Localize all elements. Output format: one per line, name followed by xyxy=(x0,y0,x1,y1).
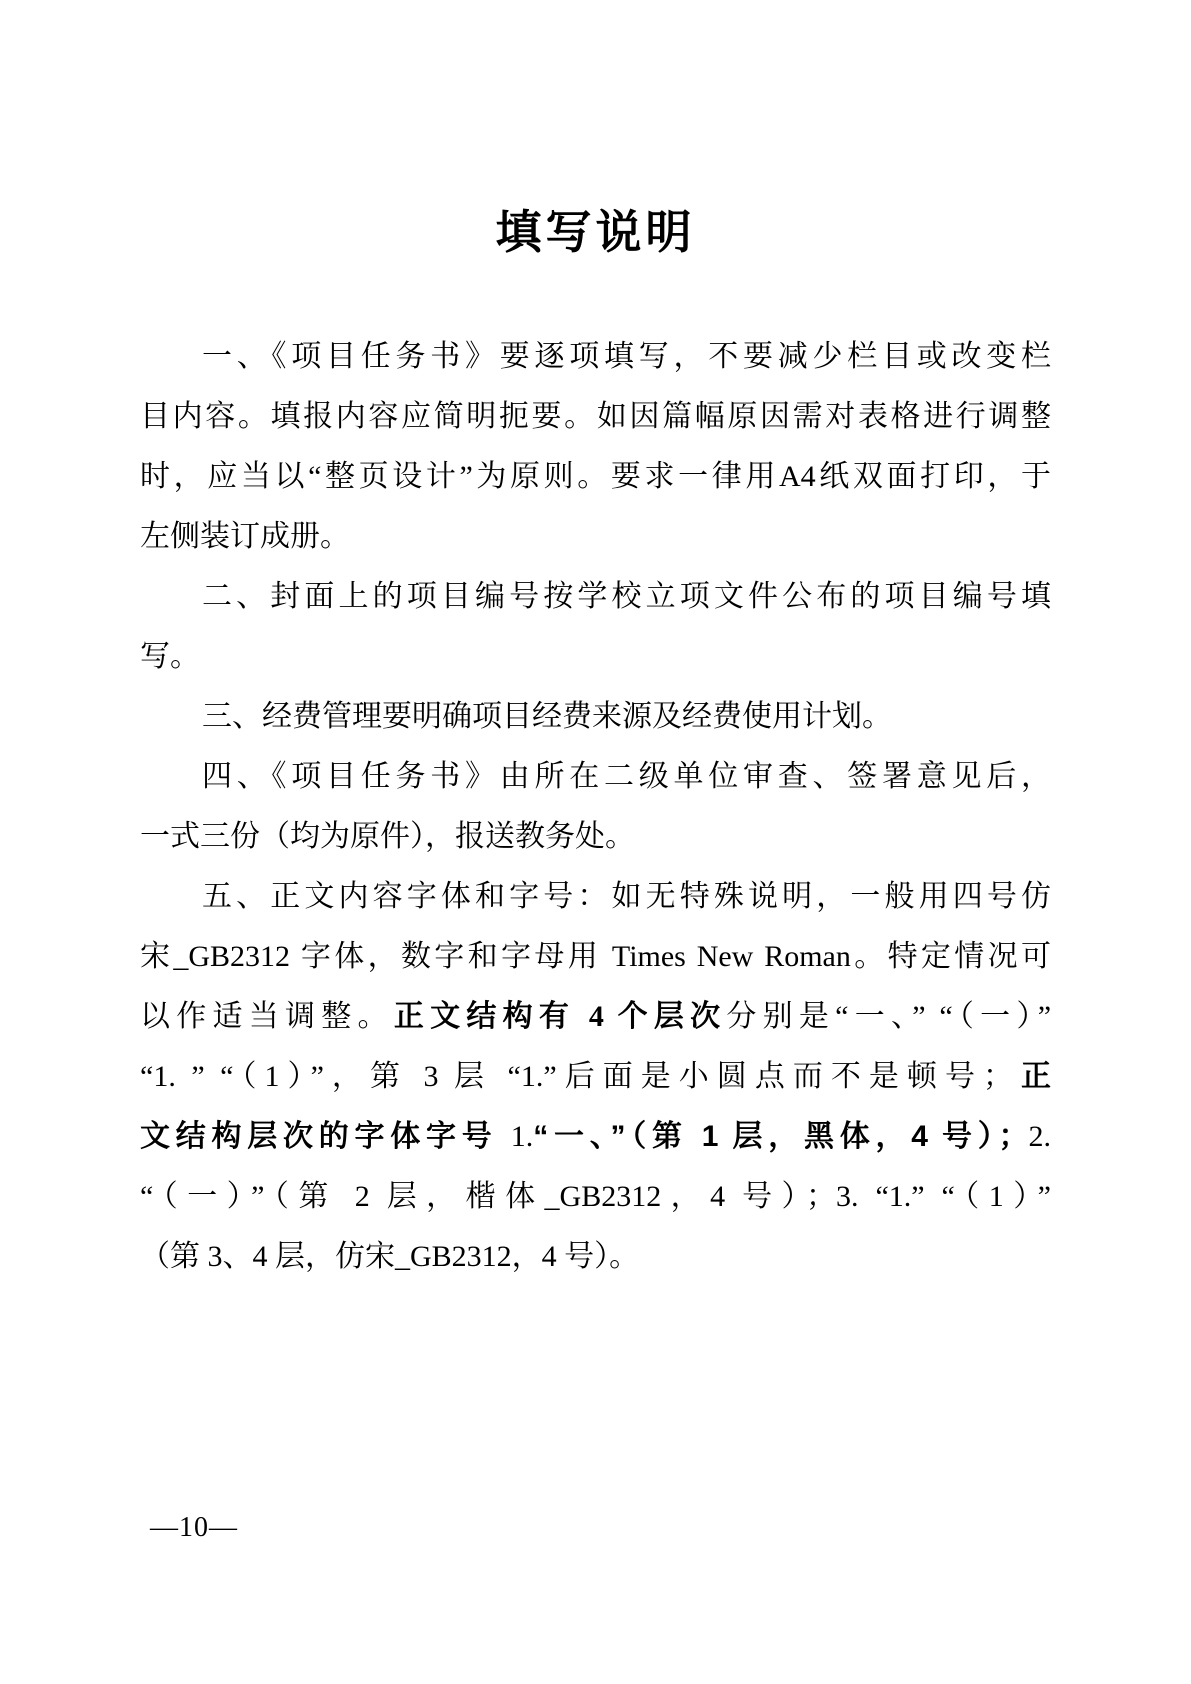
text-segment: 写。 xyxy=(140,640,200,673)
text-line: “（一）”（第 2 层，楷体_GB2312，4 号）；3. “1.” “（1）” xyxy=(140,1167,1051,1227)
text-segment-kaiti: “（一）”（第 2 层，楷体_GB2312，4 号）； xyxy=(140,1180,836,1213)
text-line: 宋_GB2312 字体，数字和字母用 Times New Roman。特定情况可 xyxy=(140,927,1051,987)
text-line: 写。 xyxy=(140,627,1051,687)
text-line: 一、《项目任务书》要逐项填写，不要减少栏目或改变栏 xyxy=(140,327,1051,387)
text-segment-bold: 正 xyxy=(1013,1060,1051,1093)
text-segment: 2. xyxy=(1029,1120,1051,1153)
text-segment: 分别是“一、” “（一）” xyxy=(726,1000,1051,1033)
text-segment: “1. ” “（1）”，第 3 层 “1.”后面是小圆点而不是顿号； xyxy=(140,1060,1013,1093)
text-segment: 目内容。填报内容应简明扼要。如因篇幅原因需对表格进行调整 xyxy=(140,400,1051,433)
text-line: 左侧装订成册。 xyxy=(140,507,1051,567)
page-number: —10— xyxy=(150,1510,238,1546)
text-line: 以作适当调整。正文结构有 4 个层次分别是“一、” “（一）” xyxy=(140,987,1051,1047)
text-segment: 1. xyxy=(497,1120,533,1153)
text-segment: 一式三份（均为原件），报送教务处。 xyxy=(140,820,635,853)
text-segment: 时，应当以“整页设计”为原则。要求一律用A4纸双面打印，于 xyxy=(140,460,1051,493)
text-line: 目内容。填报内容应简明扼要。如因篇幅原因需对表格进行调整 xyxy=(140,387,1051,447)
text-segment-heiti: “一、”（第 1 层，黑体，4 号）； xyxy=(533,1120,1028,1153)
text-segment: （第 3、4 层，仿宋_GB2312，4 号）。 xyxy=(140,1240,639,1273)
text-segment: 3. “1.” “（1）” xyxy=(836,1180,1051,1213)
text-segment: 四、《项目任务书》由所在二级单位审查、签署意见后， xyxy=(202,760,1051,793)
text-line: 一式三份（均为原件），报送教务处。 xyxy=(140,807,1051,867)
text-segment-bold: 正文结构有 4 个层次 xyxy=(394,1000,727,1033)
text-line: 三、经费管理要明确项目经费来源及经费使用计划。 xyxy=(140,687,1051,747)
text-line: 文结构层次的字体字号 1.“一、”（第 1 层，黑体，4 号）；2. xyxy=(140,1107,1051,1167)
text-line: 四、《项目任务书》由所在二级单位审查、签署意见后， xyxy=(140,747,1051,807)
text-segment: 一、《项目任务书》要逐项填写，不要减少栏目或改变栏 xyxy=(202,340,1051,373)
text-line: 时，应当以“整页设计”为原则。要求一律用A4纸双面打印，于 xyxy=(140,447,1051,507)
document-page: 填写说明 一、《项目任务书》要逐项填写，不要减少栏目或改变栏 目内容。填报内容应… xyxy=(0,0,1191,1684)
text-segment-bold: 文结构层次的字体字号 xyxy=(140,1120,497,1153)
text-segment: 五、正文内容字体和字号：如无特殊说明，一般用四号仿 xyxy=(202,880,1051,913)
text-segment: 以作适当调整。 xyxy=(140,1000,394,1033)
document-body: 一、《项目任务书》要逐项填写，不要减少栏目或改变栏 目内容。填报内容应简明扼要。… xyxy=(140,327,1051,1287)
page-title: 填写说明 xyxy=(0,196,1191,262)
text-line: （第 3、4 层，仿宋_GB2312，4 号）。 xyxy=(140,1227,1051,1287)
text-line: “1. ” “（1）”，第 3 层 “1.”后面是小圆点而不是顿号；正 xyxy=(140,1047,1051,1107)
text-line: 二、封面上的项目编号按学校立项文件公布的项目编号填 xyxy=(140,567,1051,627)
text-segment: 宋_GB2312 字体，数字和字母用 Times New Roman。特定情况可 xyxy=(140,940,1051,973)
text-segment: 三、经费管理要明确项目经费来源及经费使用计划。 xyxy=(202,700,892,733)
text-segment: 二、封面上的项目编号按学校立项文件公布的项目编号填 xyxy=(202,580,1051,613)
text-segment: 左侧装订成册。 xyxy=(140,520,350,553)
text-line: 五、正文内容字体和字号：如无特殊说明，一般用四号仿 xyxy=(140,867,1051,927)
